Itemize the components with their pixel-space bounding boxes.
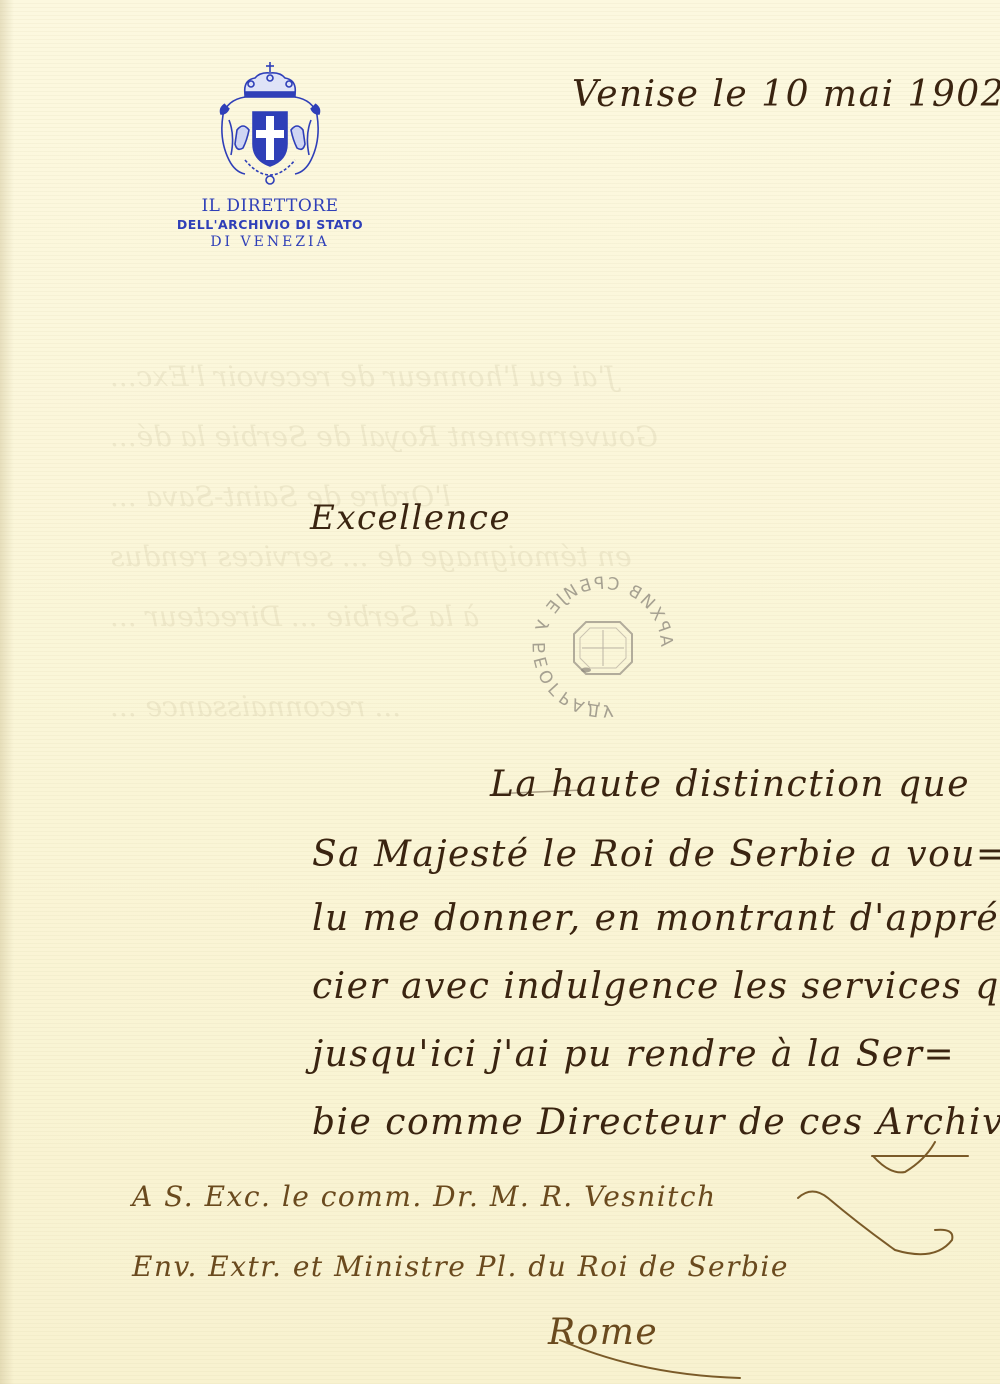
bleed-through-line: en témoignage de ... services rendus [110, 540, 632, 573]
paper-edge-shadow [0, 0, 14, 1384]
bleed-through-line: J'ai eu l'honneur de recevoir l'Exc... [110, 360, 616, 393]
body-line: bie comme Directeur de ces Archives [312, 1102, 1000, 1143]
recipient-title-line: Env. Extr. et Ministre Pl. du Roi de Ser… [132, 1250, 789, 1283]
body-line: Sa Majesté le Roi de Serbie a vou= [312, 834, 1000, 875]
letter-page: J'ai eu l'honneur de recevoir l'Exc... G… [0, 0, 1000, 1384]
bleed-through-line: ... reconnaissance ... [110, 690, 401, 723]
letterhead-institution: DELL'ARCHIVIO DI STATO [165, 217, 375, 232]
body-line: La haute distinction que [490, 764, 970, 805]
salutation: Excellence [310, 498, 511, 538]
body-line: cier avec indulgence les services que [312, 966, 1000, 1007]
body-line: lu me donner, en montrant d'appré= [312, 898, 1000, 939]
body-line: jusqu'ici j'ai pu rendre à la Ser= [312, 1034, 955, 1075]
bleed-through-line: Gouvernement Royal de Serbie la dé... [110, 420, 658, 453]
savoy-crest-icon [215, 60, 325, 192]
bleed-through-line: à la Serbie ... Directeur ... [110, 600, 479, 633]
dateline: Venise le 10 mai 1902 [572, 74, 1000, 115]
letterhead-title: IL DIRETTORE [165, 196, 375, 216]
recipient-city: Rome [548, 1312, 658, 1353]
letterhead: IL DIRETTORE DELL'ARCHIVIO DI STATO DI V… [165, 60, 375, 250]
archive-seal-stamp-icon: АРХИВ СРБИЈЕ У БЕОГРАДУ [528, 572, 678, 722]
recipient-line: A S. Exc. le comm. Dr. M. R. Vesnitch [132, 1180, 717, 1213]
letterhead-city: DI VENEZIA [165, 234, 375, 250]
